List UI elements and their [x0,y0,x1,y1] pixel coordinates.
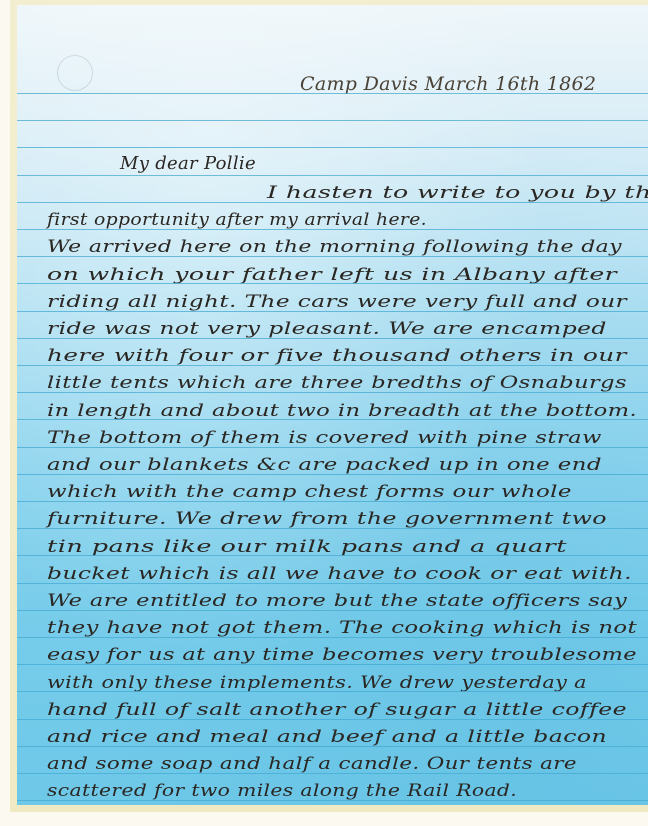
letter-line: scattered for two miles along the Rail R… [47,781,517,801]
letter-line: easy for us at any time becomes very tro… [47,645,637,665]
letter-line: furniture. We drew from the government t… [47,509,607,529]
ruled-line [17,311,648,312]
ruled-line [17,555,648,556]
ruled-line [17,175,648,176]
letter-line: little tents which are three bredths of … [47,373,627,393]
ruled-line [17,120,648,121]
letter-line: riding all night. The cars were very ful… [47,292,627,312]
letter-line: first opportunity after my arrival here. [47,210,427,230]
letter-line: they have not got them. The cooking whic… [47,618,637,638]
ruled-line [17,691,648,692]
letter-page: Camp Davis March 16th 1862 My dear Polli… [17,5,648,805]
letter-line: with only these implements. We drew yest… [47,673,587,693]
ruled-line [17,719,648,720]
ruled-line [17,637,648,638]
ruled-line [17,664,648,665]
letter-line: The bottom of them is covered with pine … [47,428,602,448]
ruled-line [17,202,648,203]
ruled-line [17,365,648,366]
ruled-line [17,583,648,584]
letter-line: hand full of salt another of sugar a lit… [47,700,627,720]
letter-line: We are entitled to more but the state of… [47,591,627,611]
ruled-line [17,800,648,801]
ruled-line [17,447,648,448]
letter-line: and some soap and half a candle. Our ten… [47,754,577,774]
letter-line: here with four or five thousand others i… [47,346,627,366]
ruled-line [17,419,648,420]
letter-line: ride was not very pleasant. We are encam… [47,319,607,339]
letter-line: on which your father left us in Albany a… [47,265,617,285]
embossed-stamp [57,55,93,91]
letter-line: and our blankets &c are packed up in one… [47,455,602,475]
ruled-line [17,392,648,393]
letter-line: and rice and meal and beef and a little … [47,727,607,747]
ruled-line [17,147,648,148]
ruled-line [17,93,648,94]
letter-line: bucket which is all we have to cook or e… [47,564,632,584]
letter-line: which with the camp chest forms our whol… [47,482,572,502]
ruled-line [17,256,648,257]
ruled-line [17,283,648,284]
letter-line: tin pans like our milk pans and a quart [47,537,567,557]
ruled-line [17,528,648,529]
ruled-line [17,338,648,339]
letter-line: in length and about two in breadth at th… [47,401,637,421]
ruled-line [17,773,648,774]
letter-line: We arrived here on the morning following… [47,237,622,257]
ruled-line [17,746,648,747]
dateline: Camp Davis March 16th 1862 [300,73,596,95]
ruled-line [17,229,648,230]
letter-line: I hasten to write to you by the [267,183,648,203]
ruled-line [17,501,648,502]
ruled-line [17,610,648,611]
ruled-line [17,474,648,475]
salutation: My dear Pollie [120,153,256,174]
